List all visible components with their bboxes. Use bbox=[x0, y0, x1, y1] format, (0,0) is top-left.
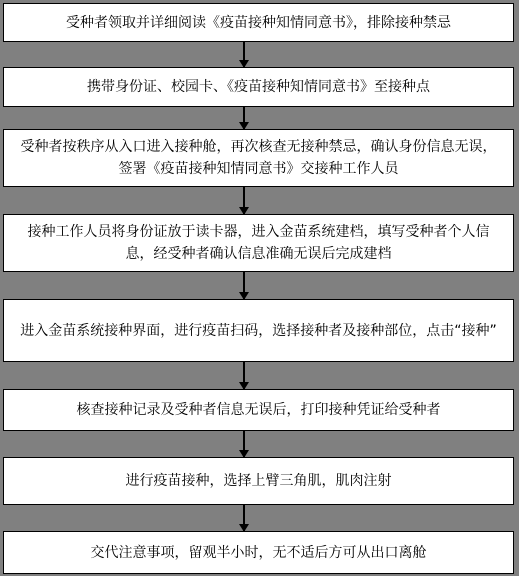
flow-step-1: 受种者领取并详细阅读《疫苗接种知情同意书》，排除接种禁忌 bbox=[3, 3, 514, 42]
arrow-down-4 bbox=[243, 272, 245, 299]
flow-step-3: 受种者按秩序从入口进入接种舱，再次核查无接种禁忌，确认身份信息无误，签署《疫苗接… bbox=[3, 129, 514, 187]
flow-step-6: 核查接种记录及受种者信息无误后，打印接种凭证给受种者 bbox=[3, 389, 514, 431]
arrow-down-5 bbox=[243, 362, 245, 389]
flow-step-3-text: 受种者按秩序从入口进入接种舱，再次核查无接种禁忌，确认身份信息无误，签署《疫苗接… bbox=[16, 136, 501, 180]
flow-step-8: 交代注意事项，留观半小时，无不适后方可从出口离舱 bbox=[3, 531, 514, 574]
arrow-down-2 bbox=[243, 107, 245, 129]
flow-step-6-text: 核查接种记录及受种者信息无误后，打印接种凭证给受种者 bbox=[77, 399, 441, 421]
arrow-down-6 bbox=[243, 431, 245, 457]
flow-step-8-text: 交代注意事项，留观半小时，无不适后方可从出口离舱 bbox=[91, 542, 427, 564]
flow-step-4: 接种工作人员将身份证放于读卡器，进入金苗系统建档，填写受种者个人信息，经受种者确… bbox=[3, 214, 514, 272]
arrow-down-3 bbox=[243, 187, 245, 214]
flow-step-5-text: 进入金苗系统接种界面，进行疫苗扫码，选择接种者及接种部位，点击“接种” bbox=[20, 320, 497, 342]
flow-step-2-text: 携带身份证、校园卡、《疫苗接种知情同意书》至接种点 bbox=[87, 76, 430, 98]
flow-step-4-text: 接种工作人员将身份证放于读卡器，进入金苗系统建档，填写受种者个人信息，经受种者确… bbox=[16, 221, 501, 265]
flow-step-2: 携带身份证、校园卡、《疫苗接种知情同意书》至接种点 bbox=[3, 67, 514, 107]
flow-step-1-text: 受种者领取并详细阅读《疫苗接种知情同意书》，排除接种禁忌 bbox=[66, 12, 451, 34]
arrow-down-7 bbox=[243, 505, 245, 531]
arrow-down-1 bbox=[243, 42, 245, 67]
flow-step-7: 进行疫苗接种，选择上臂三角肌，肌肉注射 bbox=[3, 457, 514, 505]
flow-step-7-text: 进行疫苗接种，选择上臂三角肌，肌肉注射 bbox=[126, 470, 392, 492]
flow-step-5: 进入金苗系统接种界面，进行疫苗扫码，选择接种者及接种部位，点击“接种” bbox=[3, 299, 514, 362]
